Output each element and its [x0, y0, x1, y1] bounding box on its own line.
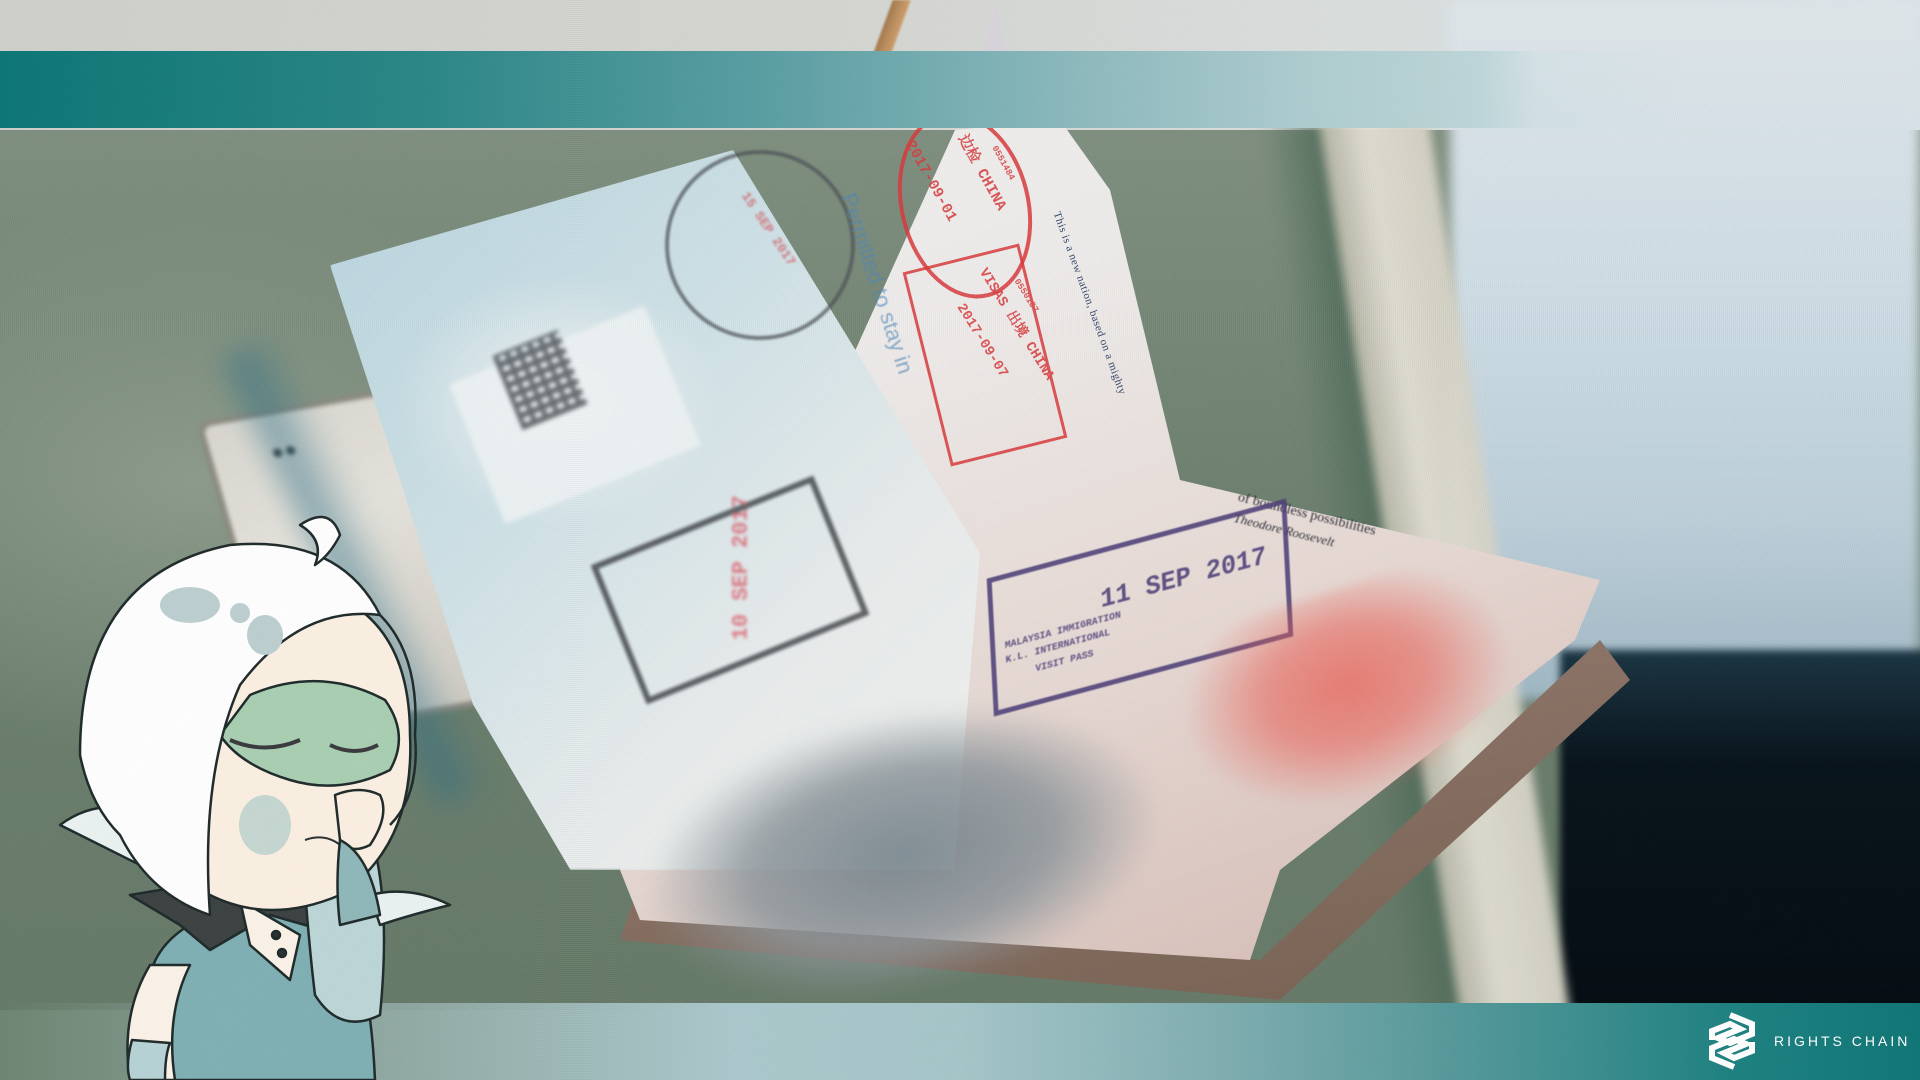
brand-logo: RIGHTS CHAIN — [1700, 1010, 1910, 1072]
brand-name: RIGHTS CHAIN — [1774, 1033, 1910, 1049]
stamp-round-grey-text: 15 SEP 2017 — [738, 189, 798, 269]
top-banner-bar — [0, 51, 1920, 128]
chain-link-hexagon-icon — [1700, 1010, 1764, 1072]
mascot-character — [40, 495, 480, 1080]
